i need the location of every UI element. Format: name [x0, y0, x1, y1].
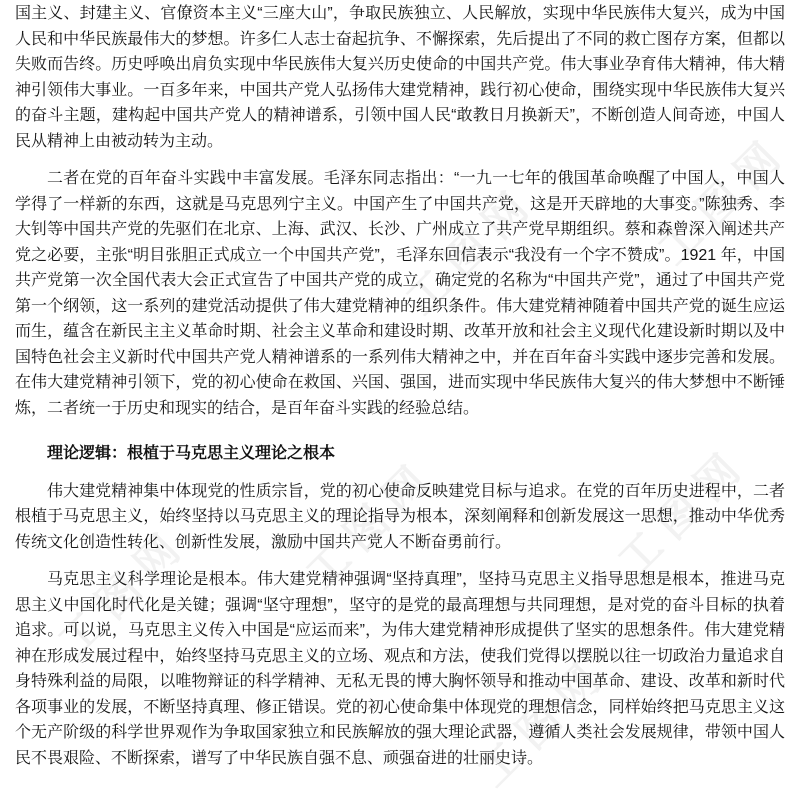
document-page: 工图网 工图网 工图网 工图网 工图网 工图网 国主义、封建主义、官僚资本主义“…	[0, 0, 800, 800]
paragraph-historical-practice: 二者在党的百年奋斗实践中丰富发展。毛泽东同志指出：“一九一七年的俄国革命唤醒了中…	[15, 166, 785, 421]
paragraph-continuation: 国主义、封建主义、官僚资本主义“三座大山”，争取民族独立、人民解放，实现中华民族…	[15, 1, 785, 154]
paragraph-theory-intro: 伟大建党精神集中体现党的性质宗旨，党的初心使命反映建党目标与追求。在党的百年历史…	[15, 479, 785, 556]
document-content: 国主义、封建主义、官僚资本主义“三座大山”，争取民族独立、人民解放，实现中华民族…	[0, 0, 800, 771]
section-heading: 理论逻辑：根植于马克思主义理论之根本	[15, 441, 785, 467]
paragraph-marxism-foundation: 马克思主义科学理论是根本。伟大建党精神强调“坚持真理”，坚持马克思主义指导思想是…	[15, 567, 785, 771]
